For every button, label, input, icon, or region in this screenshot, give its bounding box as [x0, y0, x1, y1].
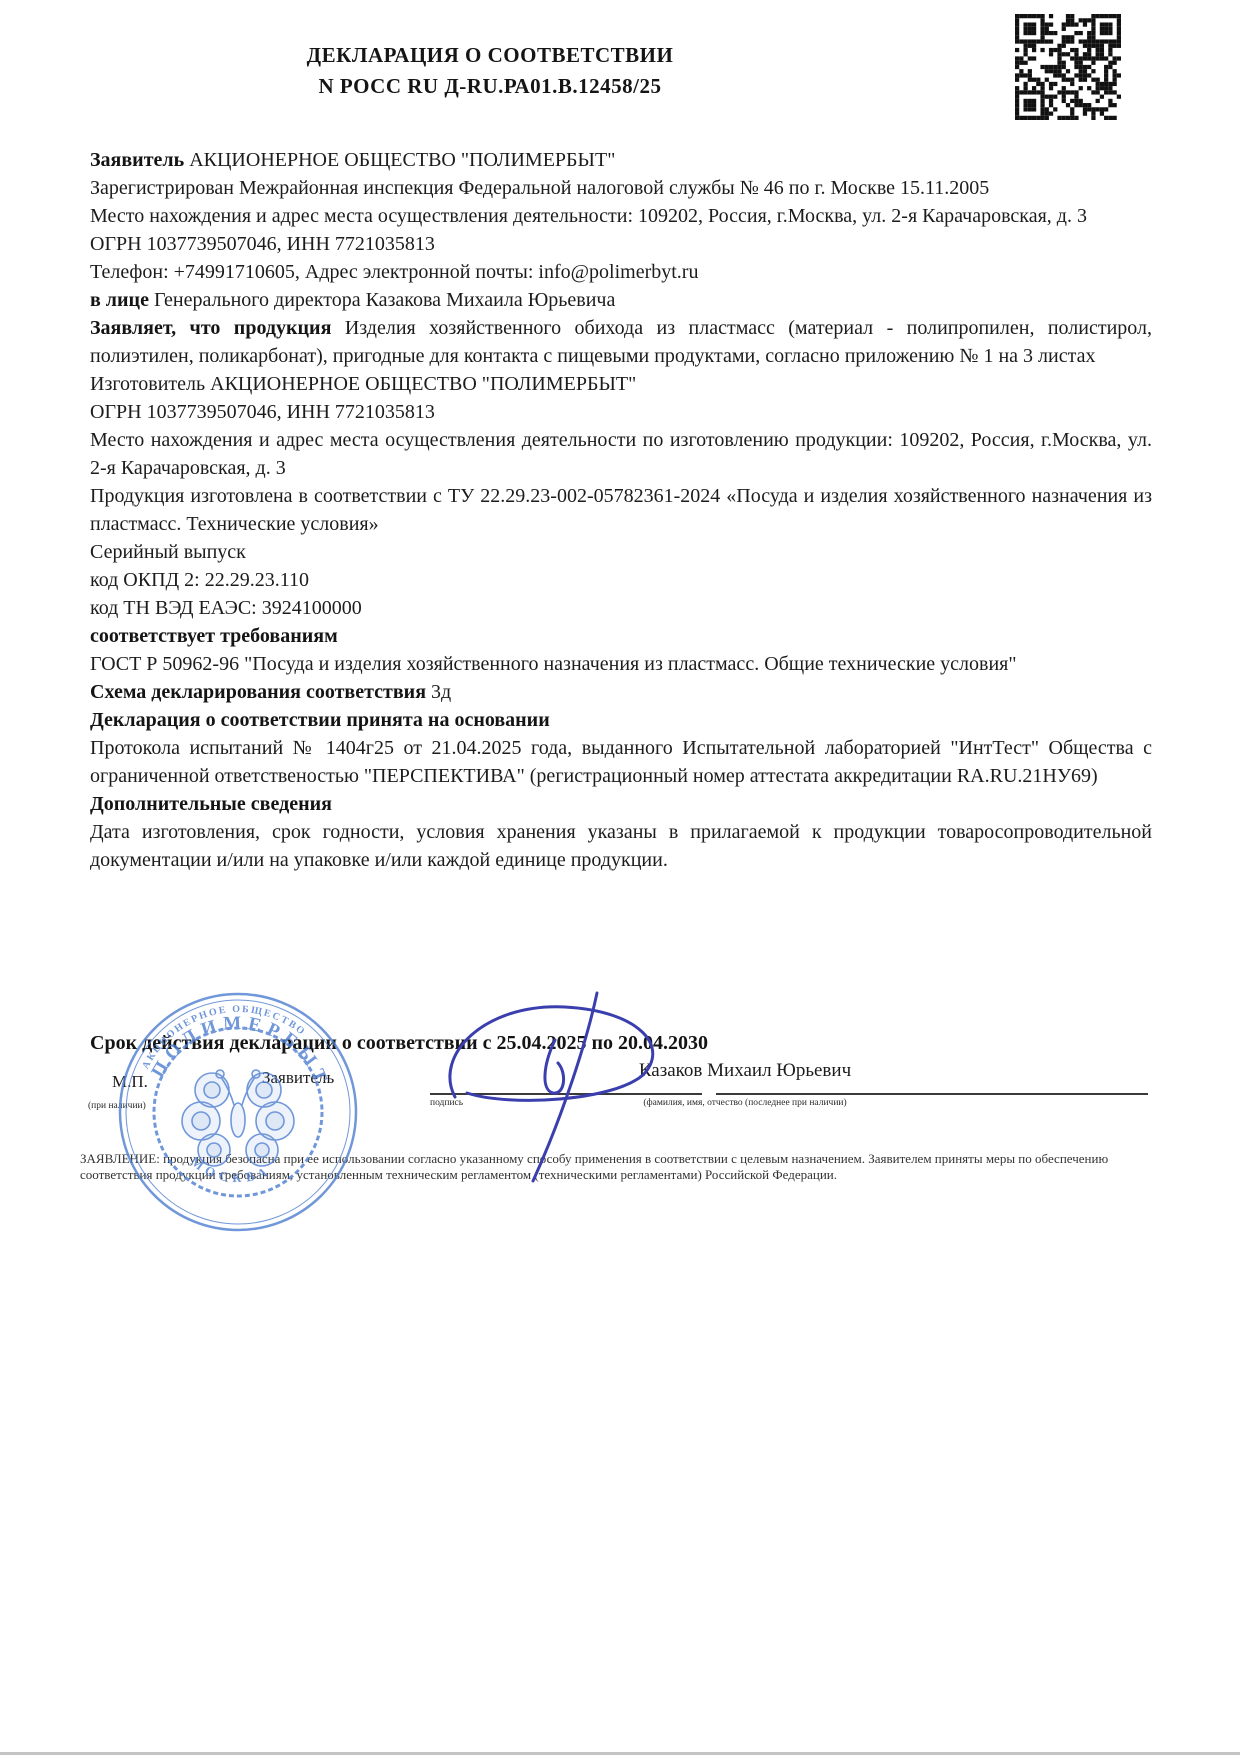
body-paragraph: Серийный выпуск [90, 538, 1152, 566]
qr-code-svg [1015, 14, 1121, 120]
company-stamp-icon: АКЦИОНЕРНОЕ ОБЩЕСТВО ПОЛИМЕРБЫТ МОСКВА [113, 987, 363, 1237]
body-paragraph: Протокола испытаний № 1404г25 от 21.04.2… [90, 734, 1152, 790]
qr-code-icon [1015, 14, 1121, 120]
body-paragraph: Схема декларирования соответствия 3д [90, 678, 1152, 706]
body-paragraph: соответствует требованиям [90, 622, 1152, 650]
title-line-2: N РОСС RU Д-RU.РА01.В.12458/25 [85, 71, 895, 102]
body-paragraph: Дополнительные сведения [90, 790, 1152, 818]
document-body: Заявитель АКЦИОНЕРНОЕ ОБЩЕСТВО "ПОЛИМЕРБ… [90, 146, 1152, 874]
body-paragraph: в лице Генерального директора Казакова М… [90, 286, 1152, 314]
handwritten-signature [415, 985, 745, 1185]
body-paragraph: Заявляет, что продукция Изделия хозяйств… [90, 314, 1152, 370]
body-paragraph: Телефон: +74991710605, Адрес электронной… [90, 258, 1152, 286]
body-paragraph: ГОСТ Р 50962-96 "Посуда и изделия хозяйс… [90, 650, 1152, 678]
body-paragraph: Место нахождения и адрес места осуществл… [90, 426, 1152, 482]
butterfly-icon [182, 1070, 294, 1166]
name-line [716, 1093, 1148, 1095]
body-paragraph: Дата изготовления, срок годности, услови… [90, 818, 1152, 874]
body-paragraph: ОГРН 1037739507046, ИНН 7721035813 [90, 398, 1152, 426]
body-paragraph: ОГРН 1037739507046, ИНН 7721035813 [90, 230, 1152, 258]
body-paragraph: Место нахождения и адрес места осуществл… [90, 202, 1152, 230]
body-paragraph: Декларация о соответствии принята на осн… [90, 706, 1152, 734]
body-paragraph: Продукция изготовлена в соответствии с Т… [90, 482, 1152, 538]
document-title: ДЕКЛАРАЦИЯ О СООТВЕТСТВИИ N РОСС RU Д-RU… [85, 40, 895, 102]
title-line-1: ДЕКЛАРАЦИЯ О СООТВЕТСТВИИ [85, 40, 895, 71]
body-paragraph: Зарегистрирован Межрайонная инспекция Фе… [90, 174, 1152, 202]
body-paragraph: код ОКПД 2: 22.29.23.110 [90, 566, 1152, 594]
body-paragraph: Изготовитель АКЦИОНЕРНОЕ ОБЩЕСТВО "ПОЛИМ… [90, 370, 1152, 398]
declaration-document-page: ДЕКЛАРАЦИЯ О СООТВЕТСТВИИ N РОСС RU Д-RU… [0, 0, 1240, 1755]
body-paragraph: код ТН ВЭД ЕАЭС: 3924100000 [90, 594, 1152, 622]
body-paragraph: Заявитель АКЦИОНЕРНОЕ ОБЩЕСТВО "ПОЛИМЕРБ… [90, 146, 1152, 174]
